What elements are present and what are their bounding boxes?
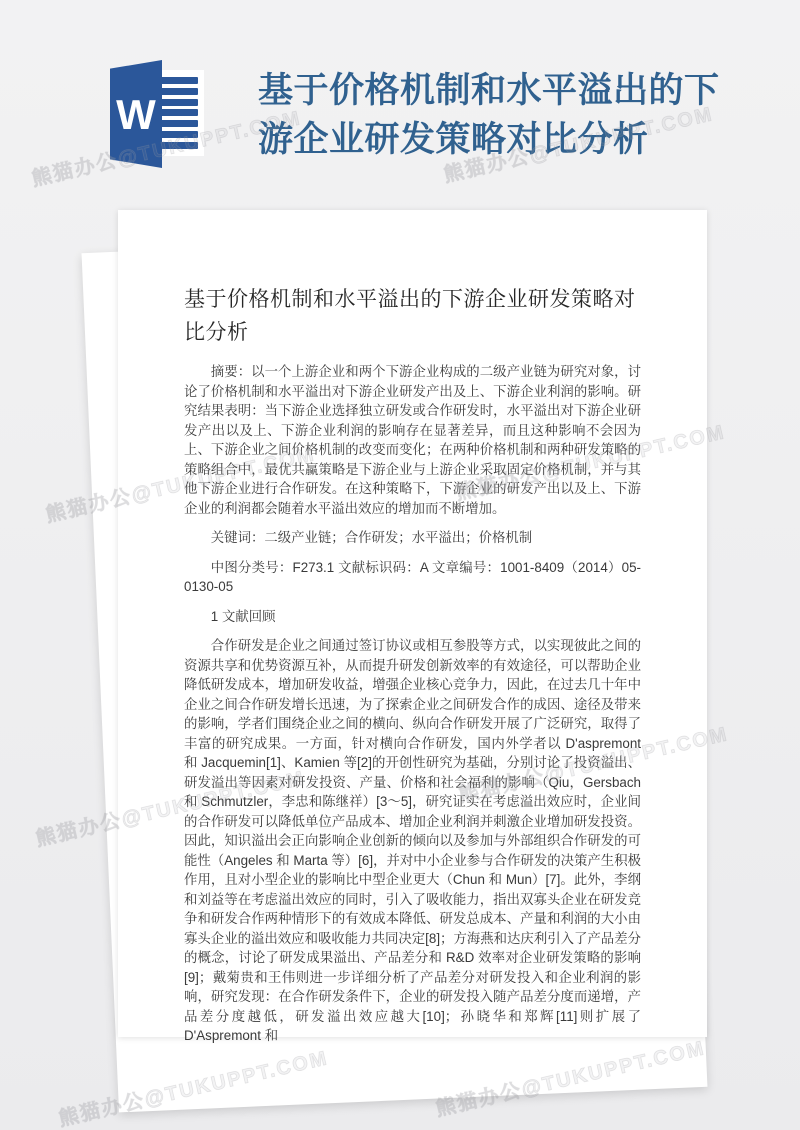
doc-title: 基于价格机制和水平溢出的下游企业研发策略对比分析 <box>184 283 641 349</box>
doc-keywords: 关键词：二级产业链；合作研发；水平溢出；价格机制 <box>184 528 641 548</box>
page-title[interactable]: 基于价格机制和水平溢出的下游企业研发策略对比分析 <box>258 66 728 164</box>
preview-header: W 基于价格机制和水平溢出的下游企业研发策略对比分析 <box>0 0 800 190</box>
doc-section-heading: 1 文献回顾 <box>184 607 641 627</box>
word-icon-cover: W <box>110 60 162 168</box>
word-icon-letter: W <box>116 94 156 136</box>
document-preview-canvas: W 基于价格机制和水平溢出的下游企业研发策略对比分析 基于价格机制和水平溢出的下… <box>0 0 800 1130</box>
word-icon-text-line <box>158 109 198 116</box>
word-icon-text-line <box>158 131 198 138</box>
doc-body: 合作研发是企业之间通过签订协议或相互参股等方式，以实现彼此之间的资源共享和优势资… <box>184 636 641 1046</box>
word-icon-text-line <box>158 77 198 84</box>
word-icon-text-line <box>158 99 198 106</box>
word-icon-text-line <box>158 142 198 149</box>
document-page: 基于价格机制和水平溢出的下游企业研发策略对比分析 摘要：以一个上游企业和两个下游… <box>118 210 707 1037</box>
doc-classification: 中图分类号：F273.1 文献标识码：A 文章编号：1001-8409（2014… <box>184 558 641 597</box>
word-icon: W <box>106 60 208 168</box>
word-icon-text-line <box>158 120 198 127</box>
doc-abstract: 摘要：以一个上游企业和两个下游企业构成的二级产业链为研究对象，讨论了价格机制和水… <box>184 362 641 518</box>
word-icon-text-line <box>158 88 198 95</box>
